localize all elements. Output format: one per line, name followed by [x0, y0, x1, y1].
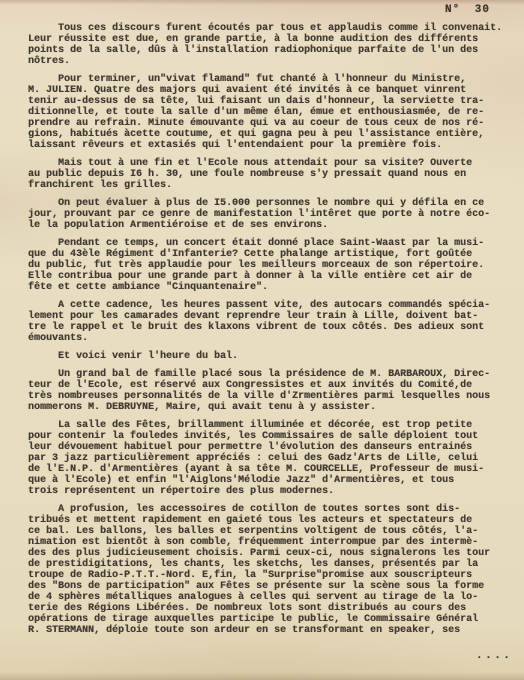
paragraph: A cette cadence, les heures passent vite…	[28, 300, 514, 344]
paragraph: On peut évaluer à plus de I5.000 personn…	[28, 198, 514, 231]
paragraph: Un grand bal de famille placé sous la pr…	[28, 369, 514, 413]
paragraph: A profusion, les accessoires de cotillon…	[28, 504, 514, 636]
paper-bottom-edge-shadow	[0, 672, 524, 680]
paragraph: Mais tout à une fin et l'Ecole nous atte…	[28, 158, 514, 191]
continuation-dots: ....	[476, 650, 512, 662]
paragraph: Tous ces discours furent écoutés par tou…	[28, 23, 514, 67]
paragraph: Pendant ce temps, un concert était donné…	[28, 238, 514, 293]
paragraph: Et voici venir l'heure du bal.	[28, 351, 514, 362]
document-body: Tous ces discours furent écoutés par tou…	[28, 23, 514, 643]
page-number: N° 30	[445, 4, 490, 16]
paragraph: Pour terminer, un"vivat flamand" fut cha…	[28, 74, 514, 151]
scanned-document-page: N° 30 Tous ces discours furent écoutés p…	[0, 0, 524, 680]
paragraph: La salle des Fêtes, brillamment illuminé…	[28, 420, 514, 497]
